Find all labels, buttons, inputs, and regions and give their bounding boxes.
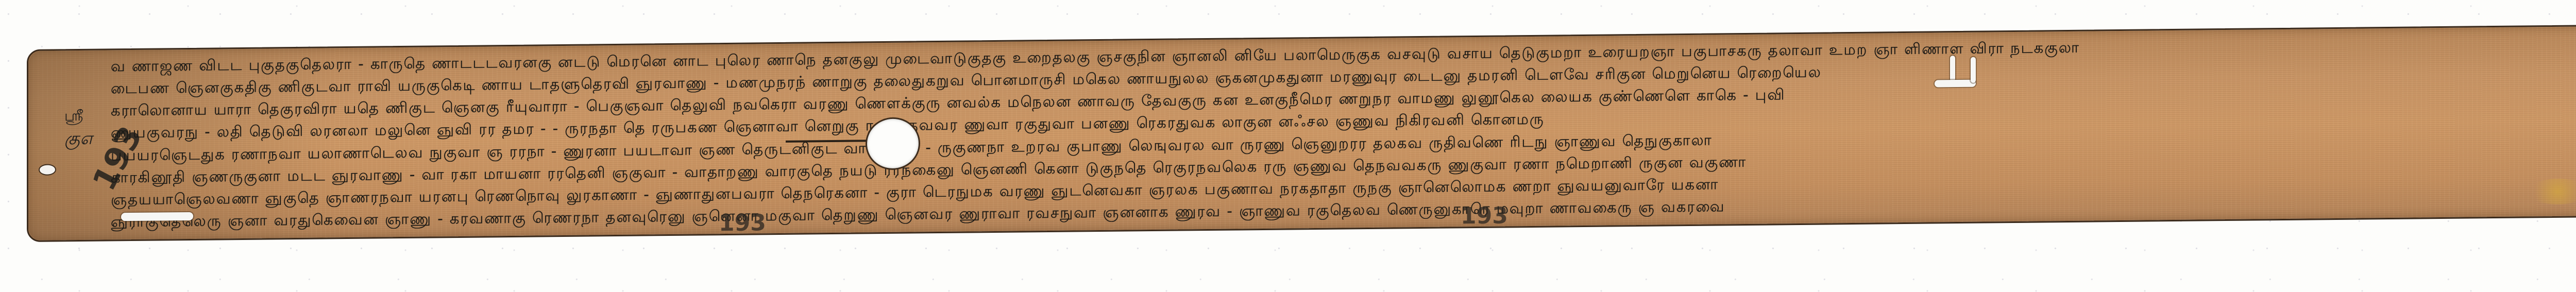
folio-mark: 193 <box>1461 202 1508 229</box>
damage-upper-middle <box>1935 80 1976 88</box>
damage-left <box>121 212 193 221</box>
margin-note-middle: கு௭ <box>64 128 93 151</box>
left-margin-notes: ஶ்ரீ கு௭ <box>64 107 93 151</box>
binding-hole <box>867 118 919 168</box>
manuscript-area: ஶ்ரீ கு௭ 193 வ ணாஜண விடட புகுதகுதெலரா - … <box>0 0 2576 292</box>
damage-upper-middle <box>1971 57 1976 83</box>
palm-leaf: ஶ்ரீ கு௭ 193 வ ணாஜண விடட புகுதகுதெலரா - … <box>27 22 2576 242</box>
margin-note-top: ஶ்ரீ <box>64 107 93 127</box>
manuscript-text: வ ணாஜண விடட புகுதகுதெலரா - காருதெ ணாடடடவ… <box>111 31 2576 231</box>
damage-upper-middle <box>1950 56 1955 81</box>
folio-mark: 193 <box>719 210 766 236</box>
